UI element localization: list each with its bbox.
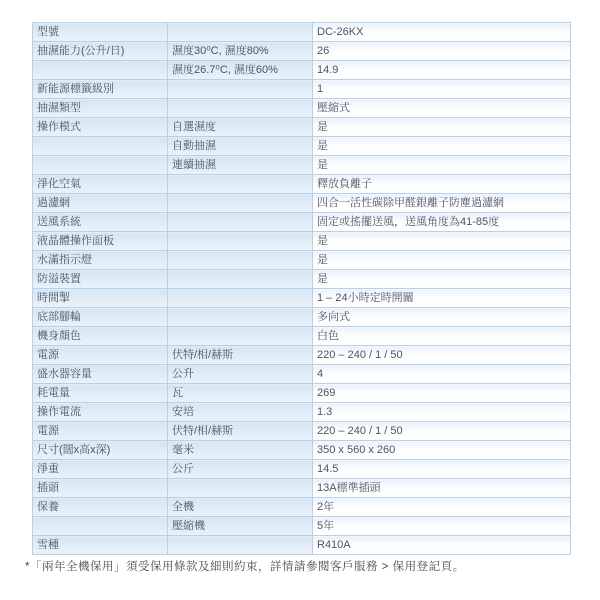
spec-value: 2年 (313, 498, 571, 517)
spec-value: 固定或搖擺送風，送風角度為41-85度 (313, 213, 571, 232)
spec-page: 型號DC-26KX抽濕能力(公升/日)濕度30⁰C, 濕度80%26濕度26.7… (0, 0, 600, 600)
table-row: 盛水器容量公升4 (33, 365, 571, 384)
table-row: 型號DC-26KX (33, 23, 571, 42)
spec-sub-label (168, 251, 313, 270)
spec-label: 時間掣 (33, 289, 168, 308)
spec-sub-label: 公升 (168, 365, 313, 384)
spec-label: 電源 (33, 422, 168, 441)
spec-label: 耗電量 (33, 384, 168, 403)
table-row: 抽濕能力(公升/日)濕度30⁰C, 濕度80%26 (33, 42, 571, 61)
table-row: 尺寸(闊x高x深)毫米350 x 560 x 260 (33, 441, 571, 460)
spec-label: 盛水器容量 (33, 365, 168, 384)
spec-label: 淨化空氣 (33, 175, 168, 194)
table-row: 插頭13A標準插頭 (33, 479, 571, 498)
spec-label: 型號 (33, 23, 168, 42)
spec-sub-label (168, 289, 313, 308)
spec-value: 四合一活性碳除甲醛銀離子防塵過濾網 (313, 194, 571, 213)
spec-label: 水滿指示燈 (33, 251, 168, 270)
spec-value: 1 – 24小時定時開關 (313, 289, 571, 308)
spec-value: 1 (313, 80, 571, 99)
spec-sub-label (168, 175, 313, 194)
spec-label (33, 156, 168, 175)
spec-value: DC-26KX (313, 23, 571, 42)
spec-value: 14.5 (313, 460, 571, 479)
spec-label: 液晶體操作面板 (33, 232, 168, 251)
spec-value: 釋放負離子 (313, 175, 571, 194)
table-row: 操作模式自選濕度是 (33, 118, 571, 137)
spec-sub-label: 伏特/相/赫斯 (168, 422, 313, 441)
spec-value: 是 (313, 232, 571, 251)
spec-label: 防溢裝置 (33, 270, 168, 289)
spec-label: 抽濕能力(公升/日) (33, 42, 168, 61)
table-row: 過濾網四合一活性碳除甲醛銀離子防塵過濾網 (33, 194, 571, 213)
spec-sub-label: 安培 (168, 403, 313, 422)
spec-sub-label: 壓縮機 (168, 517, 313, 536)
spec-label: 新能源標籤級別 (33, 80, 168, 99)
spec-label: 送風系統 (33, 213, 168, 232)
spec-label: 淨重 (33, 460, 168, 479)
spec-value: 4 (313, 365, 571, 384)
spec-sub-label: 連續抽濕 (168, 156, 313, 175)
spec-sub-label (168, 308, 313, 327)
warranty-footnote: *「兩年全機保用」須受保用條款及細則約束，詳情請參閱客戶服務 > 保用登記頁。 (25, 558, 465, 574)
spec-label: 雪種 (33, 536, 168, 555)
spec-value: 多向式 (313, 308, 571, 327)
table-row: 保養全機2年 (33, 498, 571, 517)
table-row: 液晶體操作面板是 (33, 232, 571, 251)
spec-label (33, 137, 168, 156)
spec-sub-label (168, 213, 313, 232)
spec-sub-label: 濕度26.7⁰C, 濕度60% (168, 61, 313, 80)
spec-value: 是 (313, 251, 571, 270)
table-row: 淨重公斤14.5 (33, 460, 571, 479)
table-row: 機身顏色白色 (33, 327, 571, 346)
spec-sub-label: 全機 (168, 498, 313, 517)
spec-value: 269 (313, 384, 571, 403)
spec-value: 是 (313, 137, 571, 156)
table-row: 時間掣1 – 24小時定時開關 (33, 289, 571, 308)
spec-sub-label: 毫米 (168, 441, 313, 460)
spec-label: 操作電流 (33, 403, 168, 422)
spec-label: 尺寸(闊x高x深) (33, 441, 168, 460)
table-row: 抽濕類型壓縮式 (33, 99, 571, 118)
spec-value: 壓縮式 (313, 99, 571, 118)
spec-label: 過濾網 (33, 194, 168, 213)
spec-label (33, 517, 168, 536)
spec-value: R410A (313, 536, 571, 555)
spec-label: 保養 (33, 498, 168, 517)
spec-value: 是 (313, 270, 571, 289)
spec-value: 220 – 240 / 1 / 50 (313, 422, 571, 441)
table-row: 電源伏特/相/赫斯220 – 240 / 1 / 50 (33, 346, 571, 365)
spec-sub-label (168, 270, 313, 289)
spec-sub-label: 瓦 (168, 384, 313, 403)
spec-value: 1.3 (313, 403, 571, 422)
spec-sub-label (168, 23, 313, 42)
spec-value: 220 – 240 / 1 / 50 (313, 346, 571, 365)
spec-sub-label (168, 479, 313, 498)
spec-label (33, 61, 168, 80)
spec-value: 26 (313, 42, 571, 61)
spec-label: 電源 (33, 346, 168, 365)
spec-sub-label (168, 80, 313, 99)
spec-sub-label (168, 194, 313, 213)
table-row: 新能源標籤級別1 (33, 80, 571, 99)
table-row: 雪種R410A (33, 536, 571, 555)
table-row: 連續抽濕是 (33, 156, 571, 175)
table-row: 操作電流安培1.3 (33, 403, 571, 422)
spec-label: 機身顏色 (33, 327, 168, 346)
spec-value: 350 x 560 x 260 (313, 441, 571, 460)
spec-label: 底部腳輪 (33, 308, 168, 327)
table-row: 壓縮機5年 (33, 517, 571, 536)
spec-value: 13A標準插頭 (313, 479, 571, 498)
spec-label: 抽濕類型 (33, 99, 168, 118)
table-row: 水滿指示燈是 (33, 251, 571, 270)
spec-value: 5年 (313, 517, 571, 536)
spec-sub-label (168, 536, 313, 555)
table-row: 淨化空氣釋放負離子 (33, 175, 571, 194)
table-row: 電源伏特/相/赫斯220 – 240 / 1 / 50 (33, 422, 571, 441)
spec-value: 是 (313, 156, 571, 175)
spec-sub-label (168, 327, 313, 346)
spec-sub-label: 自動抽濕 (168, 137, 313, 156)
spec-value: 是 (313, 118, 571, 137)
spec-label: 操作模式 (33, 118, 168, 137)
table-row: 底部腳輪多向式 (33, 308, 571, 327)
spec-value: 14.9 (313, 61, 571, 80)
table-row: 耗電量瓦269 (33, 384, 571, 403)
spec-sub-label: 濕度30⁰C, 濕度80% (168, 42, 313, 61)
spec-sub-label: 自選濕度 (168, 118, 313, 137)
spec-sub-label (168, 99, 313, 118)
spec-label: 插頭 (33, 479, 168, 498)
table-row: 自動抽濕是 (33, 137, 571, 156)
spec-value: 白色 (313, 327, 571, 346)
table-row: 濕度26.7⁰C, 濕度60%14.9 (33, 61, 571, 80)
table-row: 防溢裝置是 (33, 270, 571, 289)
table-row: 送風系統固定或搖擺送風，送風角度為41-85度 (33, 213, 571, 232)
spec-table: 型號DC-26KX抽濕能力(公升/日)濕度30⁰C, 濕度80%26濕度26.7… (32, 22, 571, 555)
spec-sub-label: 伏特/相/赫斯 (168, 346, 313, 365)
spec-sub-label: 公斤 (168, 460, 313, 479)
spec-sub-label (168, 232, 313, 251)
